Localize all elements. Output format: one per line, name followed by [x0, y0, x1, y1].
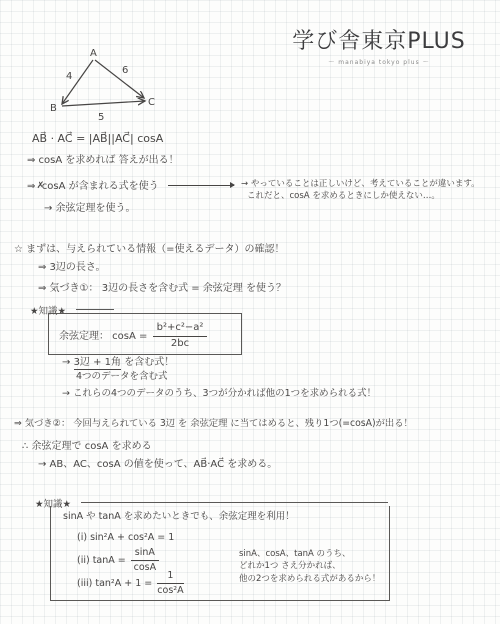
identity2-numerator: sinA	[131, 547, 159, 561]
side-note-line1: sinA、cosA、tanA のうち、	[239, 548, 380, 560]
knowledge2-title: sinA や tanA を求めたいときでも、余弦定理を利用！	[63, 511, 295, 523]
check-item: ⇒ 3辺の長さ。	[38, 262, 106, 275]
cosine-rule-name: 余弦定理： cosA =	[59, 331, 147, 342]
identity3-fraction: 1 cos²A	[157, 570, 183, 597]
cosine-rule-formula: 余弦定理： cosA = b²+c²−a² 2bc	[59, 322, 209, 350]
knowledge2-rule	[81, 502, 388, 503]
triangle-side-bc-length: 5	[98, 112, 104, 122]
note1-line: → 3辺 + 1角 を含む式！	[62, 357, 174, 370]
logo-title: 学び舎東京PLUS	[274, 24, 484, 55]
fraction-denominator: 2bc	[153, 337, 208, 351]
identity3-numerator: 1	[157, 570, 183, 584]
vector-formula: AB⃗ · AC⃗ = |AB⃗||AC⃗| cosA	[32, 132, 163, 146]
wrong-arrow: ⇒	[27, 181, 35, 192]
teacher-comment-line2: これだと、cosA を求めるときにしか使えない…。	[247, 190, 480, 202]
logo-subtitle: 〜 manabiya tokyo plus 〜	[274, 57, 484, 66]
knowledge1-rule	[76, 309, 114, 310]
teacher-comment: → やっていることは正しいけど、考えていることが違います。 これだと、cosA …	[241, 178, 480, 203]
identity3: (iii) tan²A + 1 = 1 cos²A	[77, 570, 186, 597]
note1-prefix: →	[62, 357, 74, 368]
insight1-line: ⇒ 気づき①： 3辺の長さを含む式 = 余弦定理 を使う？	[38, 283, 286, 296]
wrong-approach-line: ⇒ ✗ cosA が含まれる式を使う	[27, 181, 236, 194]
fix-line: → 余弦定理を使う。	[44, 203, 136, 216]
identity2-label: (ii) tanA =	[77, 555, 126, 566]
triangle-vertex-c-label: C	[148, 97, 155, 108]
triangle-side-ab	[62, 60, 93, 104]
triangle-side-bc	[62, 101, 145, 106]
conclusion1-line: ∴ 余弦定理で cosA を求める	[22, 441, 152, 454]
teacher-comment-line1: → やっていることは正しいけど、考えていることが違います。	[241, 178, 480, 190]
cosine-rule-fraction: b²+c²−a² 2bc	[153, 322, 208, 350]
wrong-text: cosA が含まれる式を使う	[42, 181, 159, 192]
logo: 学び舎東京PLUS 〜 manabiya tokyo plus 〜	[274, 24, 484, 66]
triangle-vertex-a-label: A	[90, 48, 97, 59]
note1-rest: を含む式！	[121, 357, 174, 368]
triangle-vertex-b-label: B	[50, 103, 57, 114]
note2-line: → これらの4つのデータのうち、3つが分かれば他の1つを求められる式！	[62, 388, 376, 400]
knowledge2-side-note: sinA、cosA、tanA のうち、 どれか1つ さえ分かれば、 他の2つを求…	[239, 548, 380, 585]
note1-sub-line: 4つのデータを含む式	[76, 371, 168, 383]
knowledge2-box: sinA や tanA を求めたいときでも、余弦定理を利用！ (i) sin²A…	[50, 506, 390, 601]
result-line: ⇒ cosA を求めれば 答えが出る！	[27, 155, 179, 168]
arrow-line	[168, 185, 234, 186]
side-note-line2: どれか1つ さえ分かれば、	[239, 560, 380, 572]
triangle-diagram: A B C 4 6 5	[38, 46, 168, 122]
identity3-denominator: cos²A	[157, 584, 183, 597]
handwritten-note-page: 学び舎東京PLUS 〜 manabiya tokyo plus 〜 A B C …	[0, 0, 500, 624]
fraction-numerator: b²+c²−a²	[153, 322, 208, 337]
insight2-line: ⇒ 気づき②： 今回与えられている 3辺 を 余弦定理 に当てはめると、残り1つ…	[14, 418, 413, 430]
triangle-side-ab-length: 4	[66, 71, 72, 82]
identity3-label: (iii) tan²A + 1 =	[77, 578, 152, 589]
conclusion2-line: → AB、AC、cosA の値を使って、AB⃗·AC⃗ を求める。	[38, 459, 277, 472]
triangle-side-ac-length: 6	[122, 65, 128, 76]
identity1: (i) sin²A + cos²A = 1	[77, 532, 174, 544]
side-note-line3: 他の2つを求められる式があるから！	[239, 573, 380, 585]
triangle-side-ac	[95, 60, 144, 98]
knowledge1-box: 余弦定理： cosA = b²+c²−a² 2bc	[48, 313, 242, 355]
note1-underlined: 3辺 + 1角	[74, 357, 121, 370]
check-title: ☆ まずは、与えられている情報（=使えるデータ）の確認！	[14, 244, 285, 257]
